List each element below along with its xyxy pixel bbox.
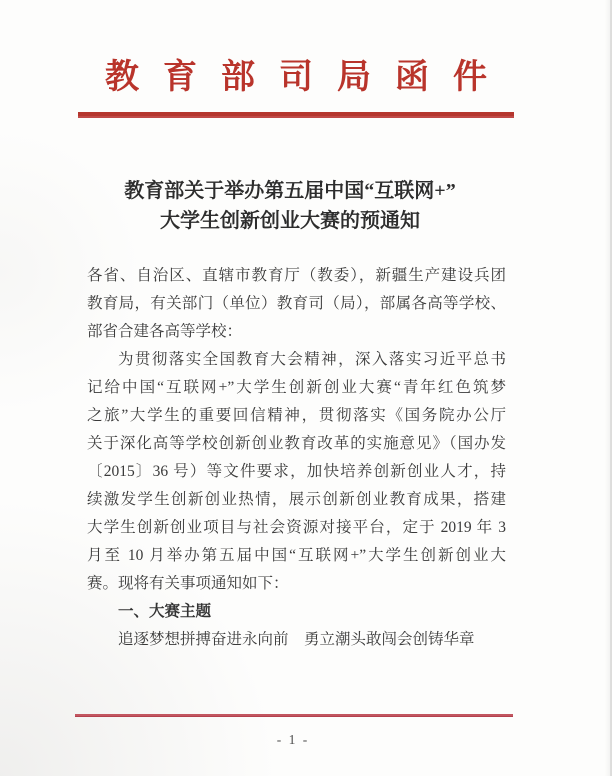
paragraph-line: 大学生创新创业项目与社会资源对接平台，定于 2019 年 3 bbox=[87, 514, 506, 542]
scanned-letter-page: 教育部司局函件 教育部关于举办第五届中国“互联网+” 大学生创新创业大赛的预通知… bbox=[0, 0, 612, 776]
paragraph-line: 月至 10 月举办第五届中国“互联网+”大学生创新创业大 bbox=[87, 542, 506, 570]
document-title-line-2: 大学生创新创业大赛的预通知 bbox=[0, 206, 580, 236]
salutation-line: 各省、自治区、直辖市教育厅（教委），新疆生产建设兵团 bbox=[87, 262, 506, 290]
salutation-line: 部省合建各高等学校： bbox=[87, 318, 506, 346]
document-title-line-1: 教育部关于举办第五届中国“互联网+” bbox=[0, 176, 580, 206]
salutation-line: 教育局，有关部门（单位）教育司（局），部属各高等学校、 bbox=[87, 290, 506, 318]
footer-rule bbox=[75, 714, 513, 717]
letterhead-double-rule bbox=[78, 112, 514, 118]
theme-line: 追逐梦想拼搏奋进永向前 勇立潮头敢闯会创铸华章 bbox=[87, 626, 506, 654]
document-title: 教育部关于举办第五届中国“互联网+” 大学生创新创业大赛的预通知 bbox=[0, 176, 580, 236]
page-number: - 1 - bbox=[0, 730, 586, 750]
paragraph-line: 续激发学生创新创业热情，展示创新创业教育成果，搭建 bbox=[87, 486, 506, 514]
paragraph-line: 〔2015〕36 号）等文件要求，加快培养创新创业人才，持 bbox=[87, 458, 506, 486]
paragraph-line: 关于深化高等学校创新创业教育改革的实施意见》（国办发 bbox=[87, 430, 506, 458]
paragraph-line: 记给中国“互联网+”大学生创新创业大赛“青年红色筑梦 bbox=[87, 374, 506, 402]
paragraph-line: 为贯彻落实全国教育大会精神，深入落实习近平总书 bbox=[87, 346, 506, 374]
letterhead-agency-title: 教育部司局函件 bbox=[0, 56, 592, 100]
letter-body: 各省、自治区、直辖市教育厅（教委），新疆生产建设兵团 教育局，有关部门（单位）教… bbox=[87, 262, 506, 654]
section-heading: 一、大赛主题 bbox=[87, 598, 506, 626]
paragraph-line: 之旅”大学生的重要回信精神，贯彻落实《国务院办公厅 bbox=[87, 402, 506, 430]
paragraph-line: 赛。现将有关事项通知如下： bbox=[87, 570, 506, 598]
